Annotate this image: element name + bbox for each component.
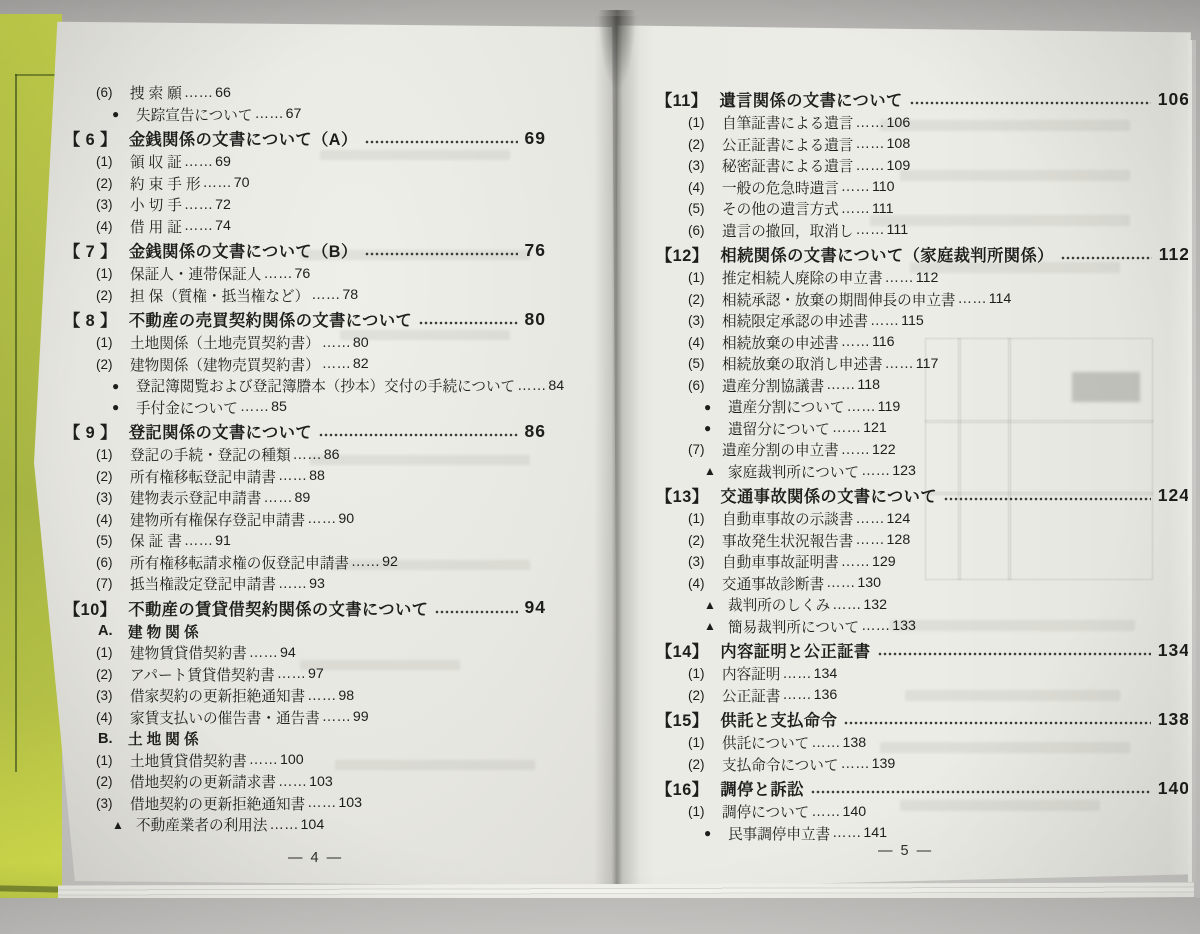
- entry-page-number: 88: [309, 468, 325, 484]
- entry-marker: (2): [96, 288, 130, 303]
- entry-title: 相続限定承認の申述書: [722, 310, 868, 331]
- entry-page-number: 109: [887, 158, 911, 174]
- entry-page-number: 119: [878, 399, 901, 415]
- toc-item-row: (2)相続承認・放棄の期間伸長の申立書……114: [656, 289, 1190, 311]
- entry-page-number: 90: [338, 511, 354, 527]
- entry-title: 内容証明: [722, 663, 780, 684]
- toc-item-row: ▲簡易裁判所について……133: [656, 616, 1190, 638]
- toc-section-row: 【12】相続関係の文書について（家庭裁判所関係）112: [656, 241, 1190, 267]
- entry-title: 約 束 手 形: [130, 173, 201, 194]
- toc-left-page: (6)捜 索 願……66●失踪宣告について……67【 6 】金銭関係の文書につい…: [64, 82, 546, 836]
- entry-page-number: 80: [525, 309, 546, 330]
- entry-marker: 【12】: [656, 242, 708, 266]
- entry-dots: ……: [184, 85, 213, 101]
- entry-page-number: 118: [857, 377, 880, 393]
- toc-item-row: (3)小 切 手……72: [64, 194, 546, 216]
- entry-marker: (4): [96, 219, 130, 234]
- entry-dots: ……: [263, 266, 292, 282]
- entry-title: 相続放棄の取消し申述書: [722, 353, 883, 374]
- entry-marker: 【10】: [64, 596, 116, 620]
- entry-title: 公正証書による遺言: [722, 134, 853, 155]
- toc-item-row: (1)自筆証書による遺言……106: [656, 112, 1190, 134]
- toc-item-row: (3)秘密証書による遺言……109: [656, 155, 1190, 177]
- entry-page-number: 97: [308, 666, 324, 682]
- entry-page-number: 108: [887, 136, 911, 152]
- entry-title: 借家契約の更新拒絶通知書: [130, 685, 305, 706]
- entry-dots: ……: [841, 201, 870, 217]
- entry-title: 自動車事故の示談書: [722, 508, 853, 529]
- toc-item-row: (2)公正証書による遺言……108: [656, 134, 1190, 156]
- toc-item-row: ▲裁判所のしくみ……132: [656, 594, 1190, 616]
- entry-marker: (2): [688, 757, 722, 772]
- entry-marker: (3): [688, 554, 722, 569]
- entry-dots: ……: [826, 377, 855, 393]
- dot-leader: [319, 432, 517, 439]
- toc-item-row: (1)土地賃貸借契約書……100: [64, 750, 546, 772]
- entry-marker: 【 6 】: [64, 126, 117, 150]
- dot-leader: [811, 789, 1151, 796]
- entry-dots: ……: [184, 197, 213, 213]
- toc-item-row: ●遺産分割について……119: [656, 396, 1190, 418]
- entry-title: 土地関係（土地売買契約書）: [130, 332, 320, 353]
- entry-marker: (1): [96, 645, 130, 660]
- entry-dots: ……: [811, 804, 840, 820]
- entry-dots: ……: [782, 666, 811, 682]
- toc-item-row: (5)相続放棄の取消し申述書……117: [656, 353, 1190, 375]
- entry-marker: (1): [96, 154, 130, 169]
- entry-page-number: 130: [857, 575, 881, 591]
- toc-item-row: (1)建物賃貸借契約書……94: [64, 642, 546, 664]
- entry-marker: 【 9 】: [64, 419, 117, 443]
- entry-title: 調停について: [722, 801, 809, 822]
- entry-marker: (3): [688, 158, 722, 173]
- entry-marker: (2): [96, 667, 130, 682]
- entry-page-number: 115: [901, 313, 924, 329]
- entry-dots: ……: [278, 774, 307, 790]
- entry-title: 不動産業者の利用法: [136, 814, 267, 835]
- entry-title: 供託について: [722, 732, 809, 753]
- entry-title: 遺産分割協議書: [722, 375, 824, 396]
- entry-marker: 【13】: [656, 483, 708, 507]
- entry-marker: (1): [688, 270, 722, 285]
- toc-item-row: (1)推定相続人廃除の申立書……112: [656, 267, 1190, 289]
- entry-title: 建物賃貸借契約書: [130, 642, 247, 663]
- entry-title: 自筆証書による遺言: [722, 112, 853, 133]
- entry-marker: ●: [704, 400, 728, 414]
- entry-marker: 【11】: [656, 87, 708, 111]
- toc-section-row: 【 6 】金銭関係の文書について（A）69: [64, 125, 546, 151]
- entry-marker: (4): [688, 576, 722, 591]
- entry-marker: ●: [112, 400, 136, 414]
- toc-item-row: ●手付金について……85: [64, 397, 546, 419]
- entry-title: 推定相続人廃除の申立書: [722, 267, 883, 288]
- entry-dots: ……: [840, 756, 869, 772]
- entry-dots: ……: [249, 645, 278, 661]
- entry-dots: ……: [861, 463, 890, 479]
- entry-dots: ……: [203, 175, 232, 191]
- entry-page-number: 129: [872, 554, 896, 570]
- toc-item-row: (2)借地契約の更新請求書……103: [64, 771, 546, 793]
- entry-page-number: 82: [353, 356, 369, 372]
- entry-marker: (6): [96, 85, 130, 100]
- entry-page-number: 80: [353, 335, 369, 351]
- entry-page-number: 104: [301, 817, 325, 833]
- entry-marker: (4): [688, 335, 722, 350]
- entry-dots: ……: [517, 378, 546, 394]
- toc-item-row: A.建 物 関 係: [64, 621, 546, 643]
- entry-page-number: 69: [525, 128, 546, 149]
- entry-page-number: 128: [887, 532, 911, 548]
- entry-title: 不動産の売買契約関係の文書について: [129, 307, 412, 331]
- entry-marker: (6): [688, 223, 722, 238]
- dot-leader: [365, 251, 518, 258]
- entry-page-number: 91: [215, 533, 231, 549]
- entry-page-number: 116: [872, 334, 895, 350]
- entry-title: 相続放棄の申述書: [722, 332, 839, 353]
- toc-section-row: 【14】内容証明と公正証書134: [656, 637, 1190, 663]
- toc-item-row: (2)事故発生状況報告書……128: [656, 530, 1190, 552]
- toc-item-row: (1)登記の手続・登記の種類……86: [64, 444, 546, 466]
- toc-section-row: 【16】調停と訴訟140: [656, 775, 1190, 801]
- dot-leader: [365, 139, 518, 146]
- entry-title: 調停と訴訟: [720, 776, 803, 800]
- page-number-folio: — 4 —: [288, 850, 343, 866]
- entry-title: 建物表示登記申請書: [130, 487, 261, 508]
- entry-dots: ……: [351, 554, 380, 570]
- toc-right-page: 【11】遺言関係の文書について106(1)自筆証書による遺言……106(2)公正…: [656, 86, 1190, 844]
- entry-dots: ……: [307, 688, 336, 704]
- toc-item-row: ●遺留分について……121: [656, 418, 1190, 440]
- toc-item-row: (2)公正証書……136: [656, 685, 1190, 707]
- dot-leader: [878, 651, 1151, 658]
- entry-marker: 【16】: [656, 776, 708, 800]
- toc-item-row: (4)借 用 証……74: [64, 216, 546, 238]
- entry-marker: (3): [688, 313, 722, 328]
- entry-dots: ……: [832, 420, 861, 436]
- toc-section-row: 【13】交通事故関係の文書について124: [656, 482, 1190, 508]
- entry-title: 公正証書: [722, 685, 780, 706]
- toc-item-row: ▲家庭裁判所について……123: [656, 461, 1190, 483]
- entry-marker: (3): [96, 688, 130, 703]
- entry-page-number: 89: [295, 490, 311, 506]
- entry-marker: ▲: [704, 619, 728, 633]
- entry-title: 登記関係の文書について: [129, 419, 312, 443]
- entry-title: 不動産の賃貸借契約関係の文書について: [128, 596, 428, 620]
- entry-marker: A.: [98, 623, 128, 639]
- toc-item-row: (2)支払命令について……139: [656, 754, 1190, 776]
- entry-page-number: 134: [1158, 640, 1190, 661]
- entry-page-number: 111: [887, 222, 909, 238]
- entry-marker: (3): [96, 197, 130, 212]
- entry-title: 事故発生状況報告書: [722, 530, 853, 551]
- entry-dots: ……: [958, 291, 987, 307]
- entry-title: 供託と支払命令: [720, 707, 837, 731]
- entry-dots: ……: [841, 334, 870, 350]
- entry-marker: (2): [96, 469, 130, 484]
- entry-marker: (1): [96, 335, 130, 350]
- entry-marker: (7): [688, 442, 722, 457]
- entry-marker: (1): [688, 735, 722, 750]
- entry-dots: ……: [855, 158, 884, 174]
- entry-title: 保証人・連帯保証人: [130, 263, 261, 284]
- entry-page-number: 84: [548, 378, 564, 394]
- entry-marker: (2): [688, 292, 722, 307]
- toc-section-row: 【15】供託と支払命令138: [656, 706, 1190, 732]
- toc-item-row: (4)家賃支払いの催告書・通告書……99: [64, 707, 546, 729]
- toc-item-row: (6)遺言の撤回，取消し……111: [656, 220, 1190, 242]
- toc-item-row: (4)一般の危急時遺言……110: [656, 177, 1190, 199]
- entry-dots: ……: [322, 709, 351, 725]
- entry-dots: ……: [307, 511, 336, 527]
- toc-item-row: (1)土地関係（土地売買契約書）……80: [64, 332, 546, 354]
- entry-title: 建 物 関 係: [128, 621, 199, 642]
- entry-page-number: 133: [892, 618, 916, 634]
- entry-page-number: 76: [525, 240, 546, 261]
- toc-item-row: (3)自動車事故証明書……129: [656, 551, 1190, 573]
- entry-page-number: 121: [863, 420, 887, 436]
- toc-item-row: (3)借家契約の更新拒絶通知書……98: [64, 685, 546, 707]
- toc-item-row: ●民事調停申立書……141: [656, 823, 1190, 845]
- entry-marker: (5): [688, 201, 722, 216]
- entry-title: その他の遺言方式: [722, 198, 839, 219]
- entry-marker: 【 7 】: [64, 238, 117, 262]
- entry-dots: ……: [322, 356, 351, 372]
- entry-title: 支払命令について: [722, 754, 838, 775]
- entry-dots: ……: [278, 576, 307, 592]
- entry-page-number: 99: [353, 709, 369, 725]
- entry-marker: (3): [96, 490, 130, 505]
- entry-dots: ……: [322, 335, 351, 351]
- entry-title: 民事調停申立書: [728, 823, 830, 844]
- entry-title: 所有権移転請求権の仮登記申請書: [130, 552, 349, 573]
- entry-dots: ……: [885, 356, 914, 372]
- entry-page-number: 106: [1158, 89, 1190, 110]
- entry-title: 借地契約の更新請求書: [130, 771, 276, 792]
- entry-title: 遺言の撤回，取消し: [722, 220, 853, 241]
- toc-section-row: 【10】不動産の賃貸借契約関係の文書について94: [64, 595, 546, 621]
- dot-leader: [1061, 255, 1152, 262]
- entry-title: 遺言関係の文書について: [720, 87, 903, 111]
- entry-page-number: 124: [1158, 485, 1190, 506]
- toc-item-row: (2)所有権移転登記申請書……88: [64, 466, 546, 488]
- entry-page-number: 103: [338, 795, 362, 811]
- entry-page-number: 140: [1158, 778, 1190, 799]
- entry-page-number: 92: [382, 554, 398, 570]
- entry-page-number: 78: [342, 287, 358, 303]
- entry-marker: (1): [96, 266, 130, 281]
- toc-item-row: (6)遺産分割協議書……118: [656, 375, 1190, 397]
- entry-marker: ●: [704, 421, 728, 435]
- entry-page-number: 134: [814, 666, 838, 682]
- entry-page-number: 85: [271, 399, 287, 415]
- entry-page-number: 70: [234, 175, 250, 191]
- entry-dots: ……: [311, 287, 340, 303]
- entry-page-number: 86: [324, 447, 340, 463]
- entry-marker: (1): [688, 115, 722, 130]
- toc-item-row: (3)建物表示登記申請書……89: [64, 487, 546, 509]
- entry-marker: (1): [688, 511, 722, 526]
- toc-item-row: ●失踪宣告について……67: [64, 104, 546, 126]
- entry-title: 遺産分割の申立書: [722, 439, 839, 460]
- entry-dots: ……: [184, 154, 213, 170]
- entry-dots: ……: [293, 447, 322, 463]
- entry-dots: ……: [855, 115, 884, 131]
- entry-marker: 【15】: [656, 707, 708, 731]
- entry-title: 秘密証書による遺言: [722, 155, 853, 176]
- entry-title: 内容証明と公正証書: [720, 638, 870, 662]
- entry-marker: (1): [96, 753, 130, 768]
- entry-title: 相続関係の文書について（家庭裁判所関係）: [720, 242, 1053, 266]
- entry-page-number: 86: [525, 421, 546, 442]
- toc-item-row: B.土 地 関 係: [64, 728, 546, 750]
- entry-dots: ……: [184, 533, 213, 549]
- entry-marker: (6): [688, 378, 722, 393]
- entry-title: 交通事故診断書: [722, 573, 824, 594]
- toc-item-row: (5)その他の遺言方式……111: [656, 198, 1190, 220]
- entry-title: 捜 索 願: [130, 82, 182, 103]
- entry-page-number: 106: [887, 115, 911, 131]
- dot-leader: [435, 609, 517, 616]
- entry-dots: ……: [885, 270, 914, 286]
- entry-dots: ……: [254, 106, 283, 122]
- entry-page-number: 136: [814, 687, 838, 703]
- entry-marker: (2): [688, 137, 722, 152]
- toc-item-row: (4)交通事故診断書……130: [656, 573, 1190, 595]
- entry-marker: (2): [96, 357, 130, 372]
- entry-dots: ……: [240, 399, 269, 415]
- dot-leader: [910, 100, 1151, 107]
- entry-marker: 【 8 】: [64, 307, 117, 331]
- entry-title: 交通事故関係の文書について: [720, 483, 937, 507]
- entry-title: 保 証 書: [130, 530, 182, 551]
- entry-dots: ……: [278, 468, 307, 484]
- entry-page-number: 111: [872, 201, 894, 217]
- entry-marker: (6): [96, 555, 130, 570]
- entry-page-number: 76: [295, 266, 311, 282]
- entry-page-number: 114: [989, 291, 1012, 307]
- entry-page-number: 94: [525, 597, 546, 618]
- entry-title: 家賃支払いの催告書・通告書: [130, 707, 320, 728]
- entry-page-number: 67: [286, 106, 302, 122]
- entry-title: 抵当権設定登記申請書: [130, 573, 276, 594]
- entry-dots: ……: [861, 618, 890, 634]
- entry-title: 土地賃貸借契約書: [130, 750, 247, 771]
- entry-dots: ……: [832, 825, 861, 841]
- dot-leader: [844, 720, 1151, 727]
- entry-page-number: 66: [215, 85, 231, 101]
- entry-marker: ●: [112, 107, 136, 121]
- entry-marker: ▲: [704, 464, 728, 478]
- toc-item-row: (1)領 収 証……69: [64, 151, 546, 173]
- entry-title: 登記の手続・登記の種類: [130, 444, 291, 465]
- entry-title: 裁判所のしくみ: [728, 594, 830, 615]
- entry-marker: B.: [98, 731, 128, 747]
- toc-item-row: (7)遺産分割の申立書……122: [656, 439, 1190, 461]
- entry-page-number: 72: [215, 197, 231, 213]
- toc-section-row: 【 9 】登記関係の文書について86: [64, 418, 546, 444]
- dot-leader: [944, 496, 1151, 503]
- entry-title: 失踪宣告について: [136, 104, 252, 125]
- toc-item-row: ▲不動産業者の利用法……104: [64, 814, 546, 836]
- entry-dots: ……: [870, 313, 899, 329]
- entry-title: 領 収 証: [130, 151, 182, 172]
- entry-title: 家庭裁判所について: [728, 461, 859, 482]
- entry-title: 金銭関係の文書について（A）: [129, 126, 358, 150]
- entry-marker: (2): [96, 176, 130, 191]
- entry-dots: ……: [782, 687, 811, 703]
- entry-dots: ……: [846, 399, 875, 415]
- entry-title: 一般の危急時遺言: [722, 177, 839, 198]
- entry-title: 小 切 手: [130, 194, 182, 215]
- entry-dots: ……: [832, 597, 861, 613]
- dot-leader: [419, 320, 517, 327]
- entry-title: 所有権移転登記申請書: [130, 466, 276, 487]
- entry-dots: ……: [269, 817, 298, 833]
- entry-page-number: 100: [280, 752, 304, 768]
- entry-dots: ……: [855, 532, 884, 548]
- toc-item-row: (3)借地契約の更新拒絶通知書……103: [64, 793, 546, 815]
- entry-title: 遺産分割について: [728, 396, 844, 417]
- toc-item-row: (1)保証人・連帯保証人……76: [64, 263, 546, 285]
- entry-title: 遺留分について: [728, 418, 830, 439]
- entry-page-number: 112: [916, 270, 939, 286]
- entry-marker: (5): [96, 533, 130, 548]
- toc-item-row: ●登記簿閲覧および登記簿謄本（抄本）交付の手続について……84: [64, 375, 546, 397]
- toc-item-row: (2)約 束 手 形……70: [64, 173, 546, 195]
- toc-item-row: (4)相続放棄の申述書……116: [656, 332, 1190, 354]
- photo-of-open-book: { "book": { "description_colors": { "cov…: [0, 0, 1200, 934]
- toc-section-row: 【 8 】不動産の売買契約関係の文書について80: [64, 306, 546, 332]
- entry-page-number: 123: [892, 463, 916, 479]
- entry-page-number: 103: [309, 774, 333, 790]
- entry-marker: (2): [688, 688, 722, 703]
- entry-page-number: 112: [1159, 244, 1190, 265]
- entry-page-number: 110: [872, 179, 895, 195]
- entry-marker: (1): [96, 447, 130, 462]
- entry-page-number: 93: [309, 576, 325, 592]
- entry-dots: ……: [841, 442, 870, 458]
- toc-item-row: (2)担 保（質権・抵当権など）……78: [64, 285, 546, 307]
- entry-title: 簡易裁判所について: [728, 616, 859, 637]
- entry-marker: ●: [112, 379, 136, 393]
- entry-title: アパート賃貸借契約書: [130, 664, 275, 685]
- entry-page-number: 141: [863, 825, 887, 841]
- entry-title: 借地契約の更新拒絶通知書: [130, 793, 305, 814]
- entry-marker: (2): [688, 533, 722, 548]
- toc-item-row: (1)自動車事故の示談書……124: [656, 508, 1190, 530]
- entry-dots: ……: [811, 735, 840, 751]
- entry-dots: ……: [841, 554, 870, 570]
- entry-page-number: 124: [887, 511, 911, 527]
- entry-page-number: 138: [1158, 709, 1190, 730]
- entry-marker: (2): [96, 774, 130, 789]
- entry-title: 借 用 証: [130, 216, 182, 237]
- entry-marker: (7): [96, 576, 130, 591]
- entry-marker: ▲: [112, 818, 136, 832]
- entry-title: 金銭関係の文書について（B）: [129, 238, 358, 262]
- toc-item-row: (2)建物関係（建物売買契約書）……82: [64, 354, 546, 376]
- entry-marker: (4): [688, 180, 722, 195]
- entry-page-number: 139: [872, 756, 896, 772]
- entry-marker: (5): [688, 356, 722, 371]
- entry-page-number: 98: [338, 688, 354, 704]
- entry-page-number: 122: [872, 442, 896, 458]
- entry-dots: ……: [841, 179, 870, 195]
- toc-section-row: 【11】遺言関係の文書について106: [656, 86, 1190, 112]
- toc-item-row: (1)内容証明……134: [656, 663, 1190, 685]
- toc-item-row: (1)調停について……140: [656, 801, 1190, 823]
- page-number-folio: — 5 —: [878, 843, 933, 859]
